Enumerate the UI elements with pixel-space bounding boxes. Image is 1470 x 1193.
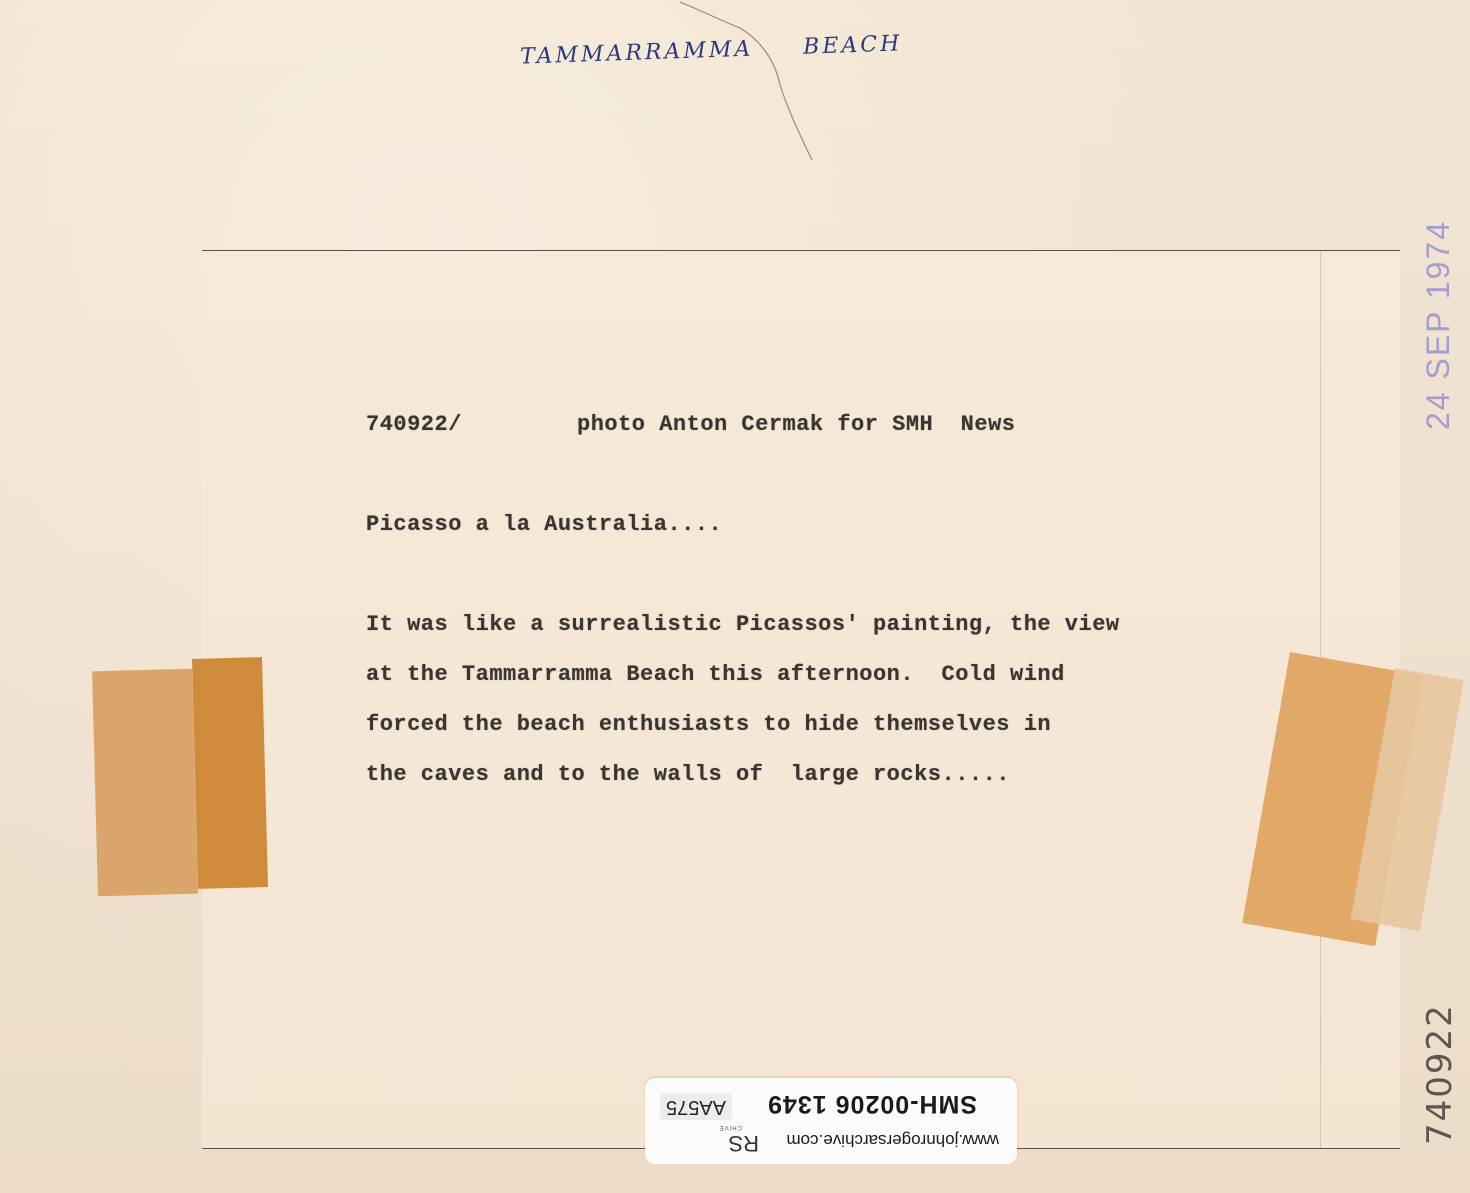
archive-label: www.johnrogersarchive.com SMH-00206 1349… xyxy=(645,1078,1017,1164)
caption-body-line: forced the beach enthusiasts to hide the… xyxy=(366,712,1051,737)
archive-logo: RS xyxy=(728,1130,759,1156)
archive-tag: AA575 xyxy=(660,1093,732,1120)
tape-strip-left-dark xyxy=(192,657,268,889)
caption-body-line: the caves and to the walls of large rock… xyxy=(366,762,1010,787)
archive-logo-sub: CHIVE xyxy=(719,1124,742,1130)
caption-body-line: at the Tammarramma Beach this afternoon.… xyxy=(366,662,1065,687)
caption-body-line: It was like a surrealistic Picassos' pai… xyxy=(366,612,1120,637)
handwritten-word-2: BEACH xyxy=(803,31,903,59)
archive-code: SMH-00206 1349 xyxy=(767,1089,977,1118)
archive-url: www.johnrogersarchive.com xyxy=(786,1130,999,1150)
caption-headline: Picasso a la Australia.... xyxy=(366,512,722,537)
typed-caption-sheet xyxy=(202,250,1400,1149)
photo-credit: photo Anton Cermak for SMH News xyxy=(577,412,1015,437)
reference-number-stamp: 740922 xyxy=(1420,1003,1460,1145)
date-stamp: 24 SEP 1974 xyxy=(1420,220,1457,430)
caption-reference: 740922/ xyxy=(366,412,462,437)
tape-strip-left xyxy=(92,669,198,897)
